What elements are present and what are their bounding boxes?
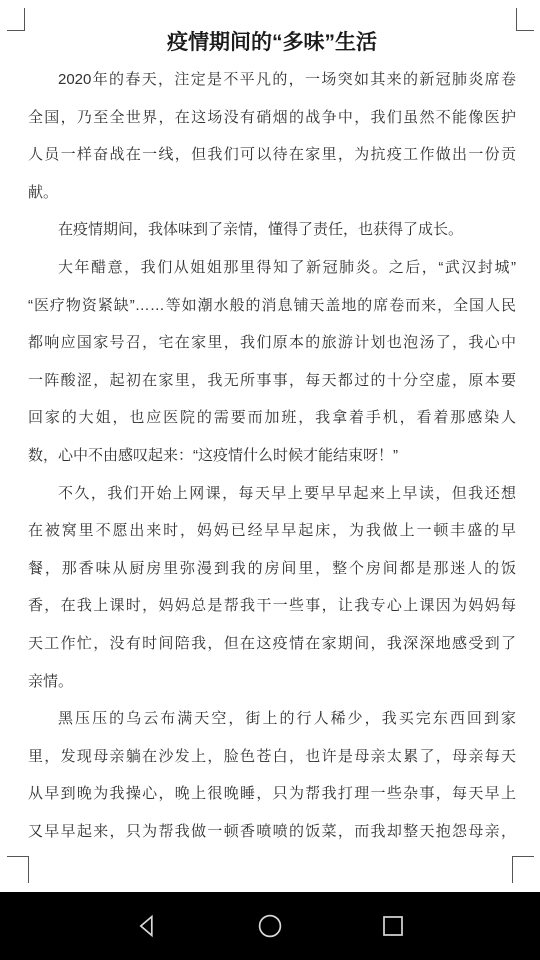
text-line: 亲情。 <box>28 663 516 701</box>
document-title: 疫情期间的“多味”生活 <box>28 28 516 58</box>
paragraph: 不久，我们开始上网课，每天早上要早早起来上早读，但我还想在被窝里不愿出来时，妈妈… <box>28 475 516 701</box>
text-line: 人员一样奋战在一线，但我们可以待在家里，为抗疫工作做出一份贡 <box>28 136 516 174</box>
android-navbar <box>0 892 540 960</box>
text-line: 在被窝里不愿出来时，妈妈已经早早起床，为我做上一顿丰盛的早 <box>28 512 516 550</box>
text-line: “医疗物资紧缺”……等如潮水般的消息铺天盖地的席卷而来，全国人民 <box>28 287 516 325</box>
text-line: 一阵酸涩，起初在家里，我无所事事，每天都过的十分空虚，原本要 <box>28 362 516 400</box>
text-line: 又早早起来，只为帮我做一顿香喷喷的饭菜，而我却整天抱怨母亲， <box>28 813 516 851</box>
text-line: 都响应国家号召，宅在家里，我们原本的旅游计划也泡汤了，我心中 <box>28 324 516 362</box>
crop-mark-bottom-right <box>512 856 534 883</box>
text-line: 全国，乃至全世界，在这场没有硝烟的战争中，我们虽然不能像医护 <box>28 99 516 137</box>
paragraph: 在疫情期间，我体味到了亲情，懂得了责任，也获得了成长。 <box>28 211 516 249</box>
phone-screen: 疫情期间的“多味”生活 2020年的春天，注定是不平凡的，一场突如其来的新冠肺炎… <box>0 0 540 960</box>
recents-button[interactable] <box>380 913 406 939</box>
paragraph: 2020年的春天，注定是不平凡的，一场突如其来的新冠肺炎席卷全国，乃至全世界，在… <box>28 61 516 211</box>
paragraph: 大年醋意，我们从姐姐那里得知了新冠肺炎。之后，“武汉封城”“医疗物资紧缺”……等… <box>28 249 516 475</box>
recents-square-icon <box>381 914 405 938</box>
back-triangle-icon <box>135 914 159 938</box>
document-content: 疫情期间的“多味”生活 2020年的春天，注定是不平凡的，一场突如其来的新冠肺炎… <box>28 28 516 850</box>
text-line: 献。 <box>28 174 516 212</box>
crop-mark-top-left <box>7 8 25 31</box>
text-line: 不久，我们开始上网课，每天早上要早早起来上早读，但我还想 <box>28 475 516 513</box>
text-line: 2020年的春天，注定是不平凡的，一场突如其来的新冠肺炎席卷 <box>28 61 516 99</box>
text-line: 里，发现母亲躺在沙发上，脸色苍白，也许是母亲太累了，母亲每天 <box>28 738 516 776</box>
document-page[interactable]: 疫情期间的“多味”生活 2020年的春天，注定是不平凡的，一场突如其来的新冠肺炎… <box>0 0 540 892</box>
text-line: 香，在我上课时，妈妈总是帮我干一些事，让我专心上课因为妈妈每 <box>28 587 516 625</box>
home-circle-icon <box>258 914 282 938</box>
text-line: 数，心中不由感叹起来：“这疫情什么时候才能结束呀！” <box>28 437 516 475</box>
crop-mark-top-right <box>516 8 534 31</box>
paragraph: 黑压压的乌云布满天空，街上的行人稀少，我买完东西回到家里，发现母亲躺在沙发上，脸… <box>28 700 516 850</box>
text-line: 在疫情期间，我体味到了亲情，懂得了责任，也获得了成长。 <box>28 211 516 249</box>
crop-mark-bottom-left <box>7 856 29 883</box>
text-line: 黑压压的乌云布满天空，街上的行人稀少，我买完东西回到家 <box>28 700 516 738</box>
text-line: 餐，那香味从厨房里弥漫到我的房间里，整个房间都是那迷人的饭 <box>28 550 516 588</box>
back-button[interactable] <box>134 913 160 939</box>
document-body: 2020年的春天，注定是不平凡的，一场突如其来的新冠肺炎席卷全国，乃至全世界，在… <box>28 61 516 850</box>
text-line: 从早到晚为我操心，晚上很晚睡，只为帮我打理一些杂事，每天早上 <box>28 775 516 813</box>
text-line: 天工作忙，没有时间陪我，但在这疫情在家期间，我深深地感受到了 <box>28 625 516 663</box>
text-line: 回家的大姐，也应医院的需要而加班，我拿着手机，看着那感染人 <box>28 399 516 437</box>
home-button[interactable] <box>257 913 283 939</box>
text-line: 大年醋意，我们从姐姐那里得知了新冠肺炎。之后，“武汉封城” <box>28 249 516 287</box>
